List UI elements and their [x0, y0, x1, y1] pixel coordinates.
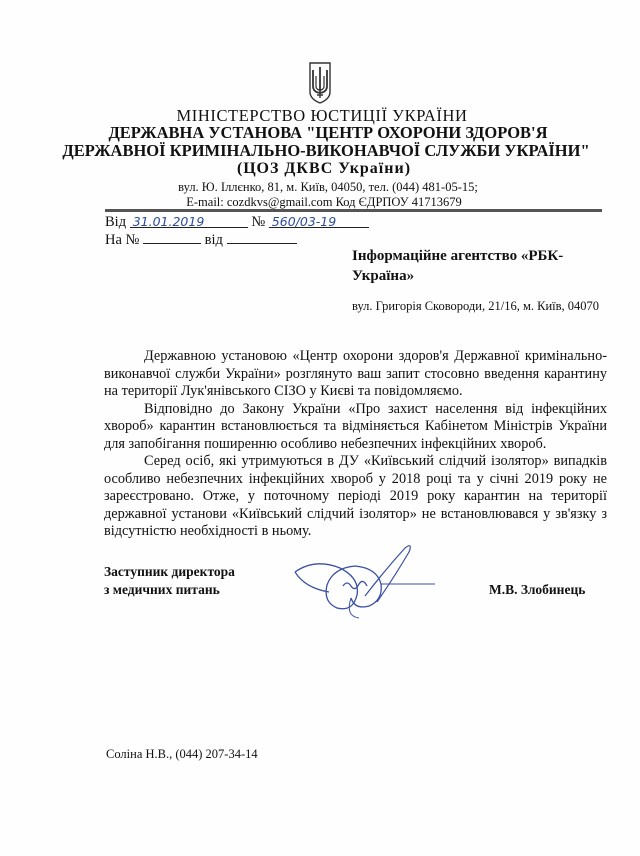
outgoing-registration-row: Від 31.01.2019 № 560/03-19 — [105, 214, 369, 231]
body-paragraph: Відповідно до Закону України «Про захист… — [104, 401, 607, 454]
recipient-name: Інформаційне агентство «РБК-Україна» — [352, 246, 602, 286]
reference-date-blank — [227, 230, 297, 244]
signer-title-line1: Заступник директора — [104, 563, 235, 581]
outgoing-date: 31.01.2019 — [130, 214, 248, 228]
institution-name-line2: ДЕРЖАВНОЇ КРИМІНАЛЬНО-ВИКОНАВЧОЇ СЛУЖБИ … — [6, 141, 640, 161]
signer-name: М.В. Злобинець — [489, 582, 585, 598]
letter-body: Державною установою «Центр охорони здоро… — [104, 348, 607, 541]
signature-icon — [285, 540, 445, 620]
institution-email-code: E-mail: cozdkvs@gmail.com Код ЄДРПОУ 417… — [4, 195, 640, 210]
from-label: Від — [105, 214, 126, 230]
number-label: № — [251, 214, 265, 230]
reference-registration-row: На № від — [105, 230, 297, 249]
institution-name-line1: ДЕРЖАВНА УСТАНОВА "ЦЕНТР ОХОРОНИ ЗДОРОВ'… — [8, 123, 640, 143]
reference-number-blank — [143, 230, 201, 244]
executor-contact: Соліна Н.В., (044) 207-34-14 — [106, 747, 258, 762]
institution-address: вул. Ю. Іллєнко, 81, м. Київ, 04050, тел… — [8, 180, 640, 195]
letterhead-divider — [105, 209, 602, 212]
letter-page: МІНІСТЕРСТВО ЮСТИЦІЇ УКРАЇНИ ДЕРЖАВНА УС… — [0, 0, 640, 856]
outgoing-number: 560/03-19 — [269, 214, 369, 228]
body-paragraph: Державною установою «Центр охорони здоро… — [104, 348, 607, 401]
reference-date-label: від — [205, 232, 223, 248]
signer-title: Заступник директора з медичних питань — [104, 563, 235, 599]
body-paragraph: Серед осіб, які утримуються в ДУ «Київсь… — [104, 453, 607, 541]
signer-title-line2: з медичних питань — [104, 581, 235, 599]
reference-number-label: На № — [105, 232, 139, 248]
ukraine-trident-icon — [308, 62, 332, 104]
recipient-address: вул. Григорія Сковороди, 21/16, м. Київ,… — [352, 299, 599, 314]
institution-abbreviation: (ЦОЗ ДКВС України) — [4, 160, 640, 178]
